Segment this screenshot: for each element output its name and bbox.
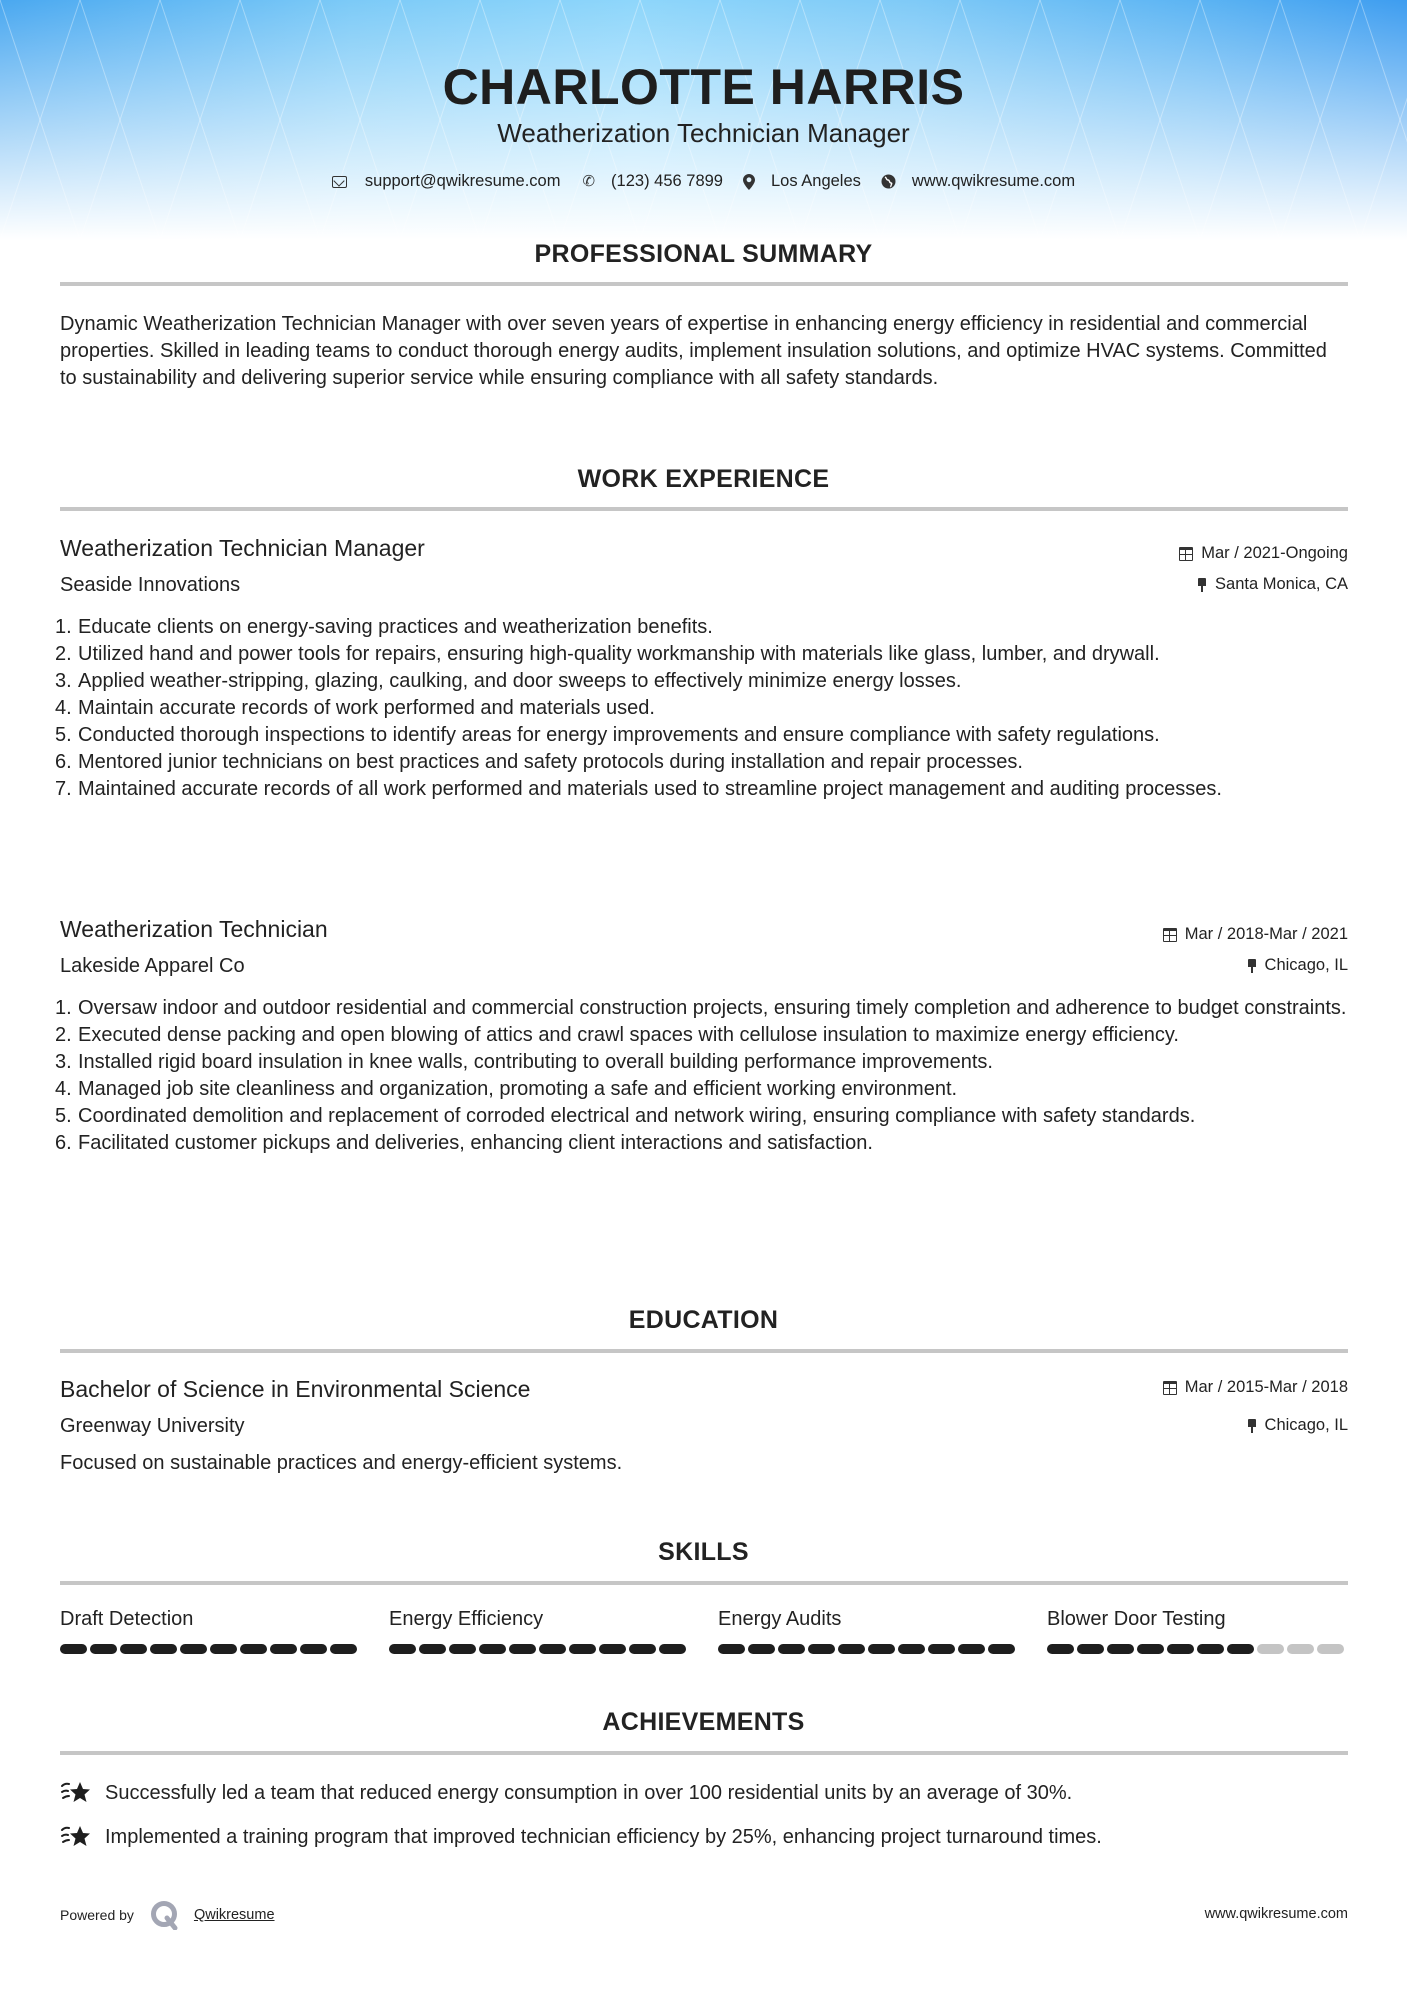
skill-level-bar (1047, 1644, 1347, 1654)
skill-level-bar (60, 1644, 360, 1654)
bullet-number: 4. (55, 1076, 72, 1103)
skill-level-segment (419, 1644, 446, 1654)
job-title: Weatherization Technician Manager (60, 535, 425, 562)
phone-text: (123) 456 7899 (611, 172, 723, 191)
skill-level-segment (988, 1644, 1015, 1654)
skill-name: Blower Door Testing (1047, 1608, 1347, 1631)
bullet-text: Maintained accurate records of all work … (78, 778, 1222, 800)
bullet-number: 5. (55, 1103, 72, 1130)
skill-level-segment (1317, 1644, 1344, 1654)
bullet-number: 7. (55, 776, 72, 803)
skill-level-bar (389, 1644, 689, 1654)
thumbtack-icon (1247, 959, 1257, 973)
location-text: Los Angeles (771, 172, 861, 191)
skill-level-segment (838, 1644, 865, 1654)
powered-by: Powered by Qwikresume (60, 1900, 275, 1930)
skill-item: Energy Audits (718, 1608, 1018, 1654)
job-dates: Mar / 2018-Mar / 2021 (1163, 925, 1348, 944)
bullet-text: Installed rigid board insulation in knee… (78, 1051, 993, 1073)
summary-heading: PROFESSIONAL SUMMARY (0, 240, 1407, 269)
skill-level-segment (778, 1644, 805, 1654)
skill-level-segment (1167, 1644, 1194, 1654)
bullet-text: Coordinated demolition and replacement o… (78, 1105, 1195, 1127)
job-bullets: 1.Oversaw indoor and outdoor residential… (60, 995, 1348, 1157)
education-dates: Mar / 2015-Mar / 2018 (1163, 1378, 1348, 1397)
skill-level-segment (449, 1644, 476, 1654)
skill-item: Draft Detection (60, 1608, 360, 1654)
skill-level-segment (898, 1644, 925, 1654)
bullet-number: 4. (55, 695, 72, 722)
skill-level-segment (1047, 1644, 1074, 1654)
job-company: Seaside Innovations (60, 574, 240, 597)
candidate-name: CHARLOTTE HARRIS (0, 58, 1407, 116)
bullet-item: 7.Maintained accurate records of all wor… (60, 776, 1348, 803)
bullet-item: 4.Maintain accurate records of work perf… (60, 695, 1348, 722)
section-divider (60, 1751, 1348, 1755)
qwikresume-link[interactable]: Qwikresume (194, 1907, 275, 1923)
skill-level-segment (1197, 1644, 1224, 1654)
skill-level-segment (718, 1644, 745, 1654)
skill-level-segment (1107, 1644, 1134, 1654)
qwikresume-logo-icon (150, 1900, 180, 1930)
location-text: Chicago, IL (1265, 1416, 1348, 1435)
calendar-icon (1179, 547, 1193, 561)
bullet-text: Oversaw indoor and outdoor residential a… (78, 997, 1346, 1019)
bullet-item: 5.Conducted thorough inspections to iden… (60, 722, 1348, 749)
skill-level-segment (389, 1644, 416, 1654)
contact-bar: support@qwikresume.com ✆ (123) 456 7899 … (0, 172, 1407, 191)
dates-text: Mar / 2018-Mar / 2021 (1185, 925, 1348, 944)
candidate-title: Weatherization Technician Manager (0, 118, 1407, 149)
bullet-number: 3. (55, 1049, 72, 1076)
skill-name: Draft Detection (60, 1608, 360, 1631)
map-marker-icon (743, 174, 755, 190)
globe-icon (881, 174, 896, 189)
bullet-text: Utilized hand and power tools for repair… (78, 643, 1160, 665)
education-description: Focused on sustainable practices and ene… (60, 1452, 622, 1475)
achievement-text: Implemented a training program that impr… (105, 1826, 1102, 1849)
bullet-text: Mentored junior technicians on best prac… (78, 751, 1023, 773)
skill-level-segment (569, 1644, 596, 1654)
section-divider (60, 1349, 1348, 1353)
skill-level-segment (1077, 1644, 1104, 1654)
contact-location: Los Angeles (739, 172, 861, 191)
bullet-number: 6. (55, 1130, 72, 1157)
bullet-text: Applied weather-stripping, glazing, caul… (78, 670, 961, 692)
skill-level-segment (1257, 1644, 1284, 1654)
powered-by-label: Powered by (60, 1907, 134, 1923)
bullet-item: 6.Mentored junior technicians on best pr… (60, 749, 1348, 776)
skill-level-segment (240, 1644, 267, 1654)
bullet-item: 2.Executed dense packing and open blowin… (60, 1022, 1348, 1049)
skill-level-segment (60, 1644, 87, 1654)
skill-level-segment (539, 1644, 566, 1654)
section-divider (60, 1581, 1348, 1585)
bullet-item: 1.Oversaw indoor and outdoor residential… (60, 995, 1348, 1022)
skills-heading: SKILLS (0, 1538, 1407, 1567)
skill-level-segment (90, 1644, 117, 1654)
bullet-text: Educate clients on energy-saving practic… (78, 616, 713, 638)
dates-text: Mar / 2015-Mar / 2018 (1185, 1378, 1348, 1397)
website-text: www.qwikresume.com (912, 172, 1075, 191)
school-name: Greenway University (60, 1415, 245, 1438)
achievement-text: Successfully led a team that reduced ene… (105, 1782, 1072, 1805)
skill-name: Energy Audits (718, 1608, 1018, 1631)
skill-level-segment (868, 1644, 895, 1654)
email-text: support@qwikresume.com (365, 172, 561, 191)
contact-website[interactable]: www.qwikresume.com (877, 172, 1075, 191)
skill-level-segment (300, 1644, 327, 1654)
shooting-star-icon (60, 1823, 92, 1851)
summary-text: Dynamic Weatherization Technician Manage… (60, 311, 1348, 392)
skill-level-segment (330, 1644, 357, 1654)
skill-level-segment (1287, 1644, 1314, 1654)
bullet-text: Managed job site cleanliness and organiz… (78, 1078, 957, 1100)
job-dates: Mar / 2021-Ongoing (1179, 544, 1348, 563)
skill-item: Energy Efficiency (389, 1608, 689, 1654)
skill-level-segment (479, 1644, 506, 1654)
job-title: Weatherization Technician (60, 916, 328, 943)
skill-level-segment (808, 1644, 835, 1654)
skill-level-segment (120, 1644, 147, 1654)
achievement-item: Implemented a training program that impr… (60, 1823, 1102, 1851)
bullet-number: 2. (55, 641, 72, 668)
contact-phone[interactable]: ✆ (123) 456 7899 (576, 172, 723, 191)
dates-text: Mar / 2021-Ongoing (1201, 544, 1348, 563)
skill-level-segment (629, 1644, 656, 1654)
location-text: Chicago, IL (1265, 956, 1348, 975)
skill-level-segment (509, 1644, 536, 1654)
phone-icon: ✆ (582, 174, 595, 190)
achievements-heading: ACHIEVEMENTS (0, 1708, 1407, 1737)
contact-email[interactable]: support@qwikresume.com (332, 172, 561, 191)
bullet-text: Facilitated customer pickups and deliver… (78, 1132, 873, 1154)
bullet-item: 1.Educate clients on energy-saving pract… (60, 614, 1348, 641)
bullet-item: 4.Managed job site cleanliness and organ… (60, 1076, 1348, 1103)
thumbtack-icon (1197, 578, 1207, 592)
skill-level-segment (150, 1644, 177, 1654)
bullet-item: 2.Utilized hand and power tools for repa… (60, 641, 1348, 668)
thumbtack-icon (1247, 1419, 1257, 1433)
skill-level-segment (1137, 1644, 1164, 1654)
section-divider (60, 282, 1348, 286)
bullet-item: 3.Applied weather-stripping, glazing, ca… (60, 668, 1348, 695)
bullet-text: Executed dense packing and open blowing … (78, 1024, 1179, 1046)
experience-heading: WORK EXPERIENCE (0, 465, 1407, 494)
bullet-text: Maintain accurate records of work perfor… (78, 697, 655, 719)
footer-website[interactable]: www.qwikresume.com (1205, 1906, 1348, 1922)
bullet-item: 3.Installed rigid board insulation in kn… (60, 1049, 1348, 1076)
degree-title: Bachelor of Science in Environmental Sci… (60, 1376, 530, 1403)
skill-level-segment (599, 1644, 626, 1654)
achievement-item: Successfully led a team that reduced ene… (60, 1779, 1072, 1807)
skill-level-segment (1227, 1644, 1254, 1654)
skill-name: Energy Efficiency (389, 1608, 689, 1631)
bullet-number: 1. (55, 995, 72, 1022)
bullet-number: 6. (55, 749, 72, 776)
skill-level-segment (210, 1644, 237, 1654)
education-location: Chicago, IL (1247, 1416, 1348, 1435)
job-location: Santa Monica, CA (1197, 575, 1348, 594)
bullet-number: 3. (55, 668, 72, 695)
calendar-icon (1163, 1381, 1177, 1395)
bullet-text: Conducted thorough inspections to identi… (78, 724, 1160, 746)
skill-level-segment (958, 1644, 985, 1654)
skill-item: Blower Door Testing (1047, 1608, 1347, 1654)
envelope-icon (332, 176, 347, 188)
job-company: Lakeside Apparel Co (60, 955, 245, 978)
skill-level-segment (928, 1644, 955, 1654)
section-divider (60, 507, 1348, 511)
skill-level-segment (180, 1644, 207, 1654)
bullet-item: 5.Coordinated demolition and replacement… (60, 1103, 1348, 1130)
education-heading: EDUCATION (0, 1306, 1407, 1335)
skill-level-segment (659, 1644, 686, 1654)
skill-level-bar (718, 1644, 1018, 1654)
skill-level-segment (270, 1644, 297, 1654)
bullet-number: 5. (55, 722, 72, 749)
shooting-star-icon (60, 1779, 92, 1807)
job-bullets: 1.Educate clients on energy-saving pract… (60, 614, 1348, 803)
job-location: Chicago, IL (1247, 956, 1348, 975)
calendar-icon (1163, 928, 1177, 942)
bullet-number: 2. (55, 1022, 72, 1049)
skill-level-segment (748, 1644, 775, 1654)
bullet-number: 1. (55, 614, 72, 641)
location-text: Santa Monica, CA (1215, 575, 1348, 594)
bullet-item: 6.Facilitated customer pickups and deliv… (60, 1130, 1348, 1157)
